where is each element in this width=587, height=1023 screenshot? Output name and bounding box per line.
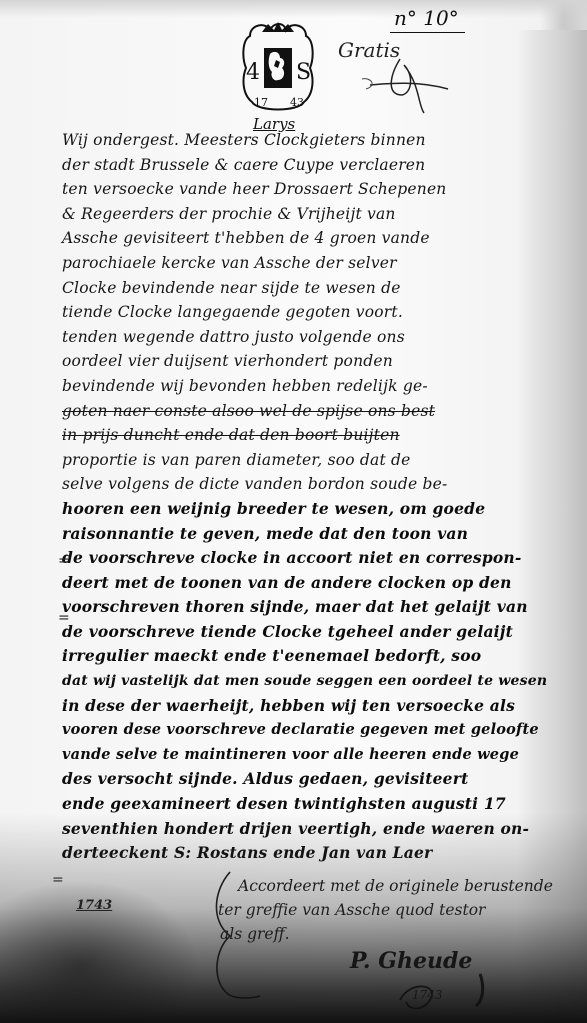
text-line: proportie is van paren diameter, soo dat…	[62, 448, 542, 473]
stamp-unit: S	[296, 60, 311, 85]
text-line: vooren dese voorschreve declaratie gegev…	[62, 718, 542, 743]
margin-hyphen-mark: =	[58, 610, 70, 626]
text-line: selve volgens de dicte vanden bordon sou…	[62, 472, 542, 497]
scan-bottom-shadow	[0, 813, 587, 1023]
text-line: goten naer conste alsoo wel de spijse on…	[62, 399, 542, 424]
document-number: n° 10°	[390, 6, 465, 33]
stamp-year-right: 43	[290, 96, 304, 109]
text-line: de voorschreve tiende Clocke tgeheel and…	[62, 620, 542, 645]
text-line: ten versoecke vande heer Drossaert Schep…	[62, 177, 542, 202]
document-scan: n° 10° 4 S 17 43 Gratis Larys Wij onderg…	[0, 0, 587, 1023]
text-line: des versocht sijnde. Aldus gedaen, gevis…	[62, 767, 542, 792]
text-line: der stadt Brussele & caere Cuype verclae…	[62, 153, 542, 178]
text-line: in dese der waerheijt, hebben wij ten ve…	[62, 694, 542, 719]
text-line: Wij ondergest. Meesters Clockgieters bin…	[62, 128, 542, 153]
text-line: Clocke bevindende near sijde te wesen de	[62, 276, 542, 301]
text-line: hooren een weijnig breeder te wesen, om …	[62, 497, 542, 522]
scribble-mark-icon	[360, 55, 450, 115]
text-line: & Regeerders der prochie & Vrijheijt van	[62, 202, 542, 227]
stamp-year-left: 17	[254, 96, 268, 109]
text-line: de voorschreve clocke in accoort niet en…	[62, 546, 542, 571]
text-line: raisonnantie te geven, mede dat den toon…	[62, 522, 542, 547]
text-line: deert met de toonen van de andere clocke…	[62, 571, 542, 596]
text-line: parochiaele kercke van Assche der selver	[62, 251, 542, 276]
text-line: bevindende wij bevonden hebben redelijk …	[62, 374, 542, 399]
margin-hyphen-mark: =	[58, 553, 70, 569]
text-line: irregulier maeckt ende t'eenemael bedorf…	[62, 644, 542, 669]
text-line: dat wij vastelijk dat men soude seggen e…	[62, 669, 542, 694]
text-line: tenden wegende dattro justo volgende ons	[62, 325, 542, 350]
text-line: tiende Clocke langegaende gegoten voort.	[62, 300, 542, 325]
text-line: Assche gevisiteert t'hebben de 4 groen v…	[62, 226, 542, 251]
text-line: vande selve te maintineren voor alle hee…	[62, 743, 542, 768]
paper-top-edge	[0, 0, 587, 18]
stamp-value: 4	[246, 60, 260, 85]
text-line: oordeel vier duijsent vierhondert ponden	[62, 349, 542, 374]
text-line: voorschreven thoren sijnde, maer dat het…	[62, 595, 542, 620]
tax-stamp: 4 S 17 43	[240, 18, 316, 118]
text-line: in prijs duncht ende dat den boort buijt…	[62, 423, 542, 448]
declaration-body: Wij ondergest. Meesters Clockgieters bin…	[62, 128, 542, 866]
